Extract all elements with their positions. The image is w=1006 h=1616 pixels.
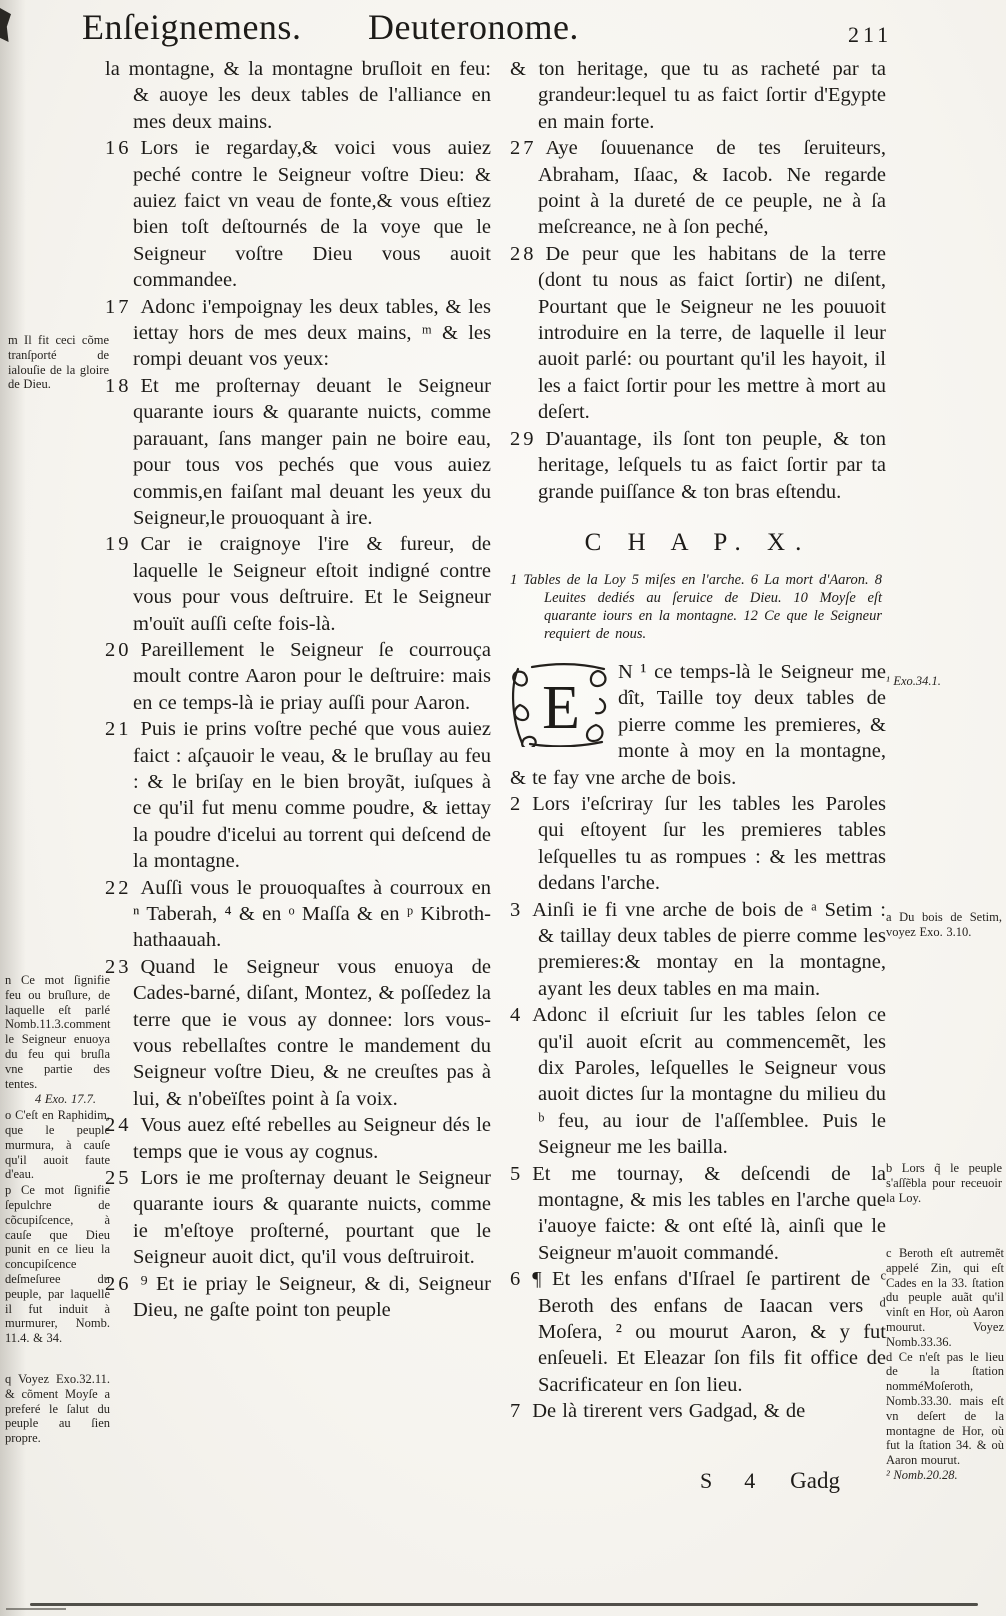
verse-number: 3	[510, 899, 523, 921]
verse-number: 7	[510, 1400, 523, 1422]
verse: 2Lors i'eſcriray ſur les tables les Paro…	[510, 791, 886, 897]
margin-note-m: m Il fit ceci cõme tranſporté de ialouſi…	[8, 333, 109, 392]
margin-note-n: n Ce mot ſignifie feu ou bruſlure, de la…	[5, 973, 110, 1091]
margin-note-q: q Voyez Exo.32.11. & cõment Moyſe a pref…	[5, 1372, 110, 1446]
verse-text: Aye ſouuenance de tes ſeruiteurs, Abraha…	[538, 137, 886, 238]
verse-number: 5	[510, 1163, 523, 1185]
verse-text: la montagne, & la montagne bruſloit en f…	[105, 58, 491, 133]
margin-ref-2: ² Nomb.20.28.	[886, 1468, 1004, 1483]
verse-number: 21	[105, 718, 132, 740]
verse-text: Pareillement le Seigneur ſe courrouça mo…	[133, 639, 491, 714]
verse: 18Et me proſternay deuant le Seigneur qu…	[105, 373, 491, 531]
verse: 21Puis ie prins voſtre peché que vous au…	[105, 716, 491, 874]
margin-note-d: d Ce n'eſt pas le lieu de la ſtation nom…	[886, 1350, 1004, 1468]
verse: 20Pareillement le Seigneur ſe courrouça …	[105, 637, 491, 716]
margin-note-o: o C'eſt en Raphidim, que le peuple murmu…	[5, 1108, 110, 1182]
verse: E N ¹ ce temps-là le Seigneur me dît, Ta…	[510, 659, 886, 791]
margin-note-b: b Lors q̃ le peuple s'aſſẽbla pour receu…	[886, 1161, 1002, 1205]
verse-text: Lors ie me proſternay deuant le Seigneur…	[133, 1167, 491, 1268]
verse-text: Adonc il eſcriuit ſur les tables ſelon c…	[532, 1004, 886, 1158]
text-column-right: & ton heritage, que tu as racheté par ta…	[510, 56, 886, 1425]
chapter-heading: C H A P. X.	[510, 529, 886, 557]
catchword: Gadg	[790, 1468, 840, 1494]
verse-text: ⁹ Et ie priay le Seigneur, & di, Seigneu…	[133, 1273, 491, 1321]
signature-number: 4	[744, 1468, 756, 1494]
verse: 26⁹ Et ie priay le Seigneur, & di, Seign…	[105, 1271, 491, 1324]
verse: 25Lors ie me proſternay deuant le Seigne…	[105, 1165, 491, 1271]
signature-letter: S	[700, 1468, 712, 1494]
margin-ref-1: ¹ Exo.34.1.	[886, 674, 1002, 689]
verse-text: De là tirerent vers Gadgad, & de	[532, 1400, 805, 1422]
verse: & ton heritage, que tu as racheté par ta…	[510, 56, 886, 135]
margin-note-p: p Ce mot ſignifie ſepulchre de cõcupiſce…	[5, 1183, 110, 1346]
verse: 17Adonc i'empoignay les deux tables, & l…	[105, 294, 491, 373]
verse-number: 4	[510, 1004, 523, 1026]
margin-note-a: a Du bois de Setim, voyez Exo. 3.10.	[886, 910, 1002, 940]
verse: 3Ainſi ie fi vne arche de bois de ᵃ Seti…	[510, 897, 886, 1003]
verse-text: ¶ Et les enfans d'Iſrael ſe partirent de…	[532, 1268, 886, 1396]
verse-text: Et me proſternay deuant le Seigneur quar…	[133, 375, 491, 529]
running-title-left: Enſeignemens.	[82, 6, 301, 48]
margin-note-stack-left: n Ce mot ſignifie feu ou bruſlure, de la…	[5, 973, 110, 1347]
verse-number: 17	[105, 296, 132, 318]
scanned-book-page: Enſeignemens. Deuteronome. 211 la montag…	[0, 0, 1006, 1616]
running-title-book: Deuteronome.	[368, 6, 579, 48]
verse: 27Aye ſouuenance de tes ſeruiteurs, Abra…	[510, 135, 886, 241]
verse: 7De là tirerent vers Gadgad, & de	[510, 1398, 886, 1424]
verse: 16Lors ie regarday,& voici vous auiez pe…	[105, 135, 491, 293]
verse-text: D'auantage, ils ſont ton peuple, & ton h…	[538, 428, 886, 503]
verse-number: 20	[105, 639, 132, 661]
verse: 23Quand le Seigneur vous enuoya de Cades…	[105, 954, 491, 1112]
verse-number: 27	[510, 137, 537, 159]
verse-number: 19	[105, 533, 132, 555]
verse-text: Ainſi ie fi vne arche de bois de ᵃ Setim…	[532, 899, 886, 1000]
ornate-initial-drop-cap-icon: E	[510, 663, 610, 747]
verse-text: Lors ie regarday,& voici vous auiez pech…	[133, 137, 491, 291]
verse-number: 2	[510, 793, 523, 815]
verse: 5Et me tournay, & deſcendi de la montagn…	[510, 1161, 886, 1267]
verse-number: 6	[510, 1268, 523, 1290]
margin-ref-4: 4 Exo. 17.7.	[5, 1092, 110, 1107]
verse-text: Auſſi vous le prouoquaſtes à courroux en…	[133, 877, 491, 952]
verse-text: De peur que les habitans de la terre (do…	[538, 243, 886, 423]
verse: 22Auſſi vous le prouoquaſtes à courroux …	[105, 875, 491, 954]
verse-text: Lors i'eſcriray ſur les tables les Parol…	[532, 793, 886, 894]
drop-cap-letter: E	[542, 674, 580, 742]
verse: 29D'auantage, ils ſont ton peuple, & ton…	[510, 426, 886, 505]
text-column-left: la montagne, & la montagne bruſloit en f…	[105, 56, 491, 1324]
bottom-rule-fragment	[6, 1608, 66, 1610]
page-number: 211	[848, 22, 892, 48]
verse: 19Car ie craignoye l'ire & fureur, de la…	[105, 531, 491, 637]
verse: la montagne, & la montagne bruſloit en f…	[105, 56, 491, 135]
verse-number: 22	[105, 877, 132, 899]
verse-number: 16	[105, 137, 132, 159]
verse-text: Et me tournay, & deſcendi de la montagne…	[532, 1163, 886, 1264]
verse-text: Quand le Seigneur vous enuoya de Cades-b…	[133, 956, 491, 1110]
verse-number: 29	[510, 428, 537, 450]
margin-note-stack-right: c Beroth eſt autremẽt appelé Zin, qui eſ…	[886, 1246, 1004, 1483]
verse-text: Car ie craignoye l'ire & fureur, de laqu…	[133, 533, 491, 634]
verse-number: 28	[510, 243, 537, 265]
chapter-argument: 1 Tables de la Loy 5 miſes en l'arche. 6…	[510, 571, 882, 643]
verse-text: Puis ie prins voſtre peché que vous auie…	[133, 718, 491, 872]
verse-text: Vous auez eſté rebelles au Seigneur dés …	[133, 1114, 491, 1162]
verse-text: Adonc i'empoignay les deux tables, & les…	[133, 296, 491, 371]
bottom-rule	[30, 1603, 978, 1606]
margin-note-c: c Beroth eſt autremẽt appelé Zin, qui eſ…	[886, 1246, 1004, 1350]
verse-text: & ton heritage, que tu as racheté par ta…	[510, 58, 886, 133]
verse: 6¶ Et les enfans d'Iſrael ſe partirent d…	[510, 1266, 886, 1398]
signature-row: S 4 Gadg	[510, 1468, 840, 1494]
verse: 4Adonc il eſcriuit ſur les tables ſelon …	[510, 1002, 886, 1160]
verse: 24Vous auez eſté rebelles au Seigneur dé…	[105, 1112, 491, 1165]
verse: 28De peur que les habitans de la terre (…	[510, 241, 886, 426]
